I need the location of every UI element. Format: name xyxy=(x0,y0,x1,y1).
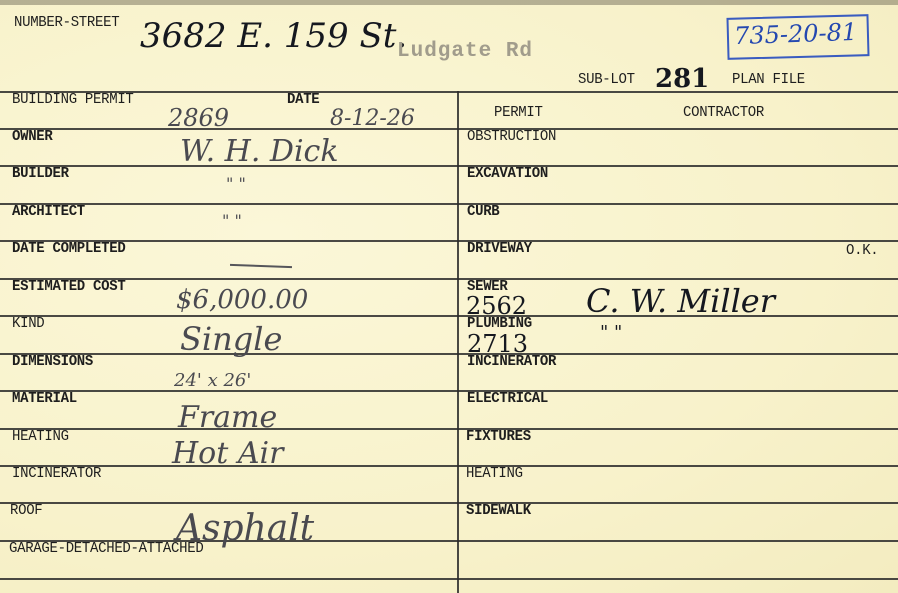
rule xyxy=(0,390,898,392)
heating-value: Hot Air xyxy=(172,436,283,471)
estimated-cost-label: ESTIMATED COST xyxy=(12,279,125,296)
builder-value: " " xyxy=(226,174,246,193)
builder-label: BUILDER xyxy=(12,166,69,183)
garage-label: GARAGE-DETACHED-ATTACHED xyxy=(9,541,203,558)
contractor-header: CONTRACTOR xyxy=(683,105,764,122)
electrical-label: ELECTRICAL xyxy=(467,391,548,408)
sidewalk-label: SIDEWALK xyxy=(466,503,531,520)
plan-file-label: PLAN FILE xyxy=(732,72,805,89)
owner-label: OWNER xyxy=(12,129,53,146)
rule xyxy=(0,165,898,167)
date-completed-label: DATE COMPLETED xyxy=(12,241,125,258)
sewer-contractor: C. W. Miller xyxy=(586,282,775,320)
plumbing-contractor: " " xyxy=(600,322,622,343)
sub-lot-label: SUB-LOT xyxy=(578,72,635,89)
rule xyxy=(0,428,898,430)
number-street-value: 3682 E. 159 St. xyxy=(140,16,407,56)
driveway-note: O.K. xyxy=(846,243,878,260)
card-top-edge xyxy=(0,0,898,5)
material-label: MATERIAL xyxy=(12,391,77,408)
sub-lot-value: 281 xyxy=(655,64,709,94)
rule xyxy=(0,278,898,280)
excavation-label: EXCAVATION xyxy=(467,166,548,183)
rule xyxy=(0,240,898,242)
rule xyxy=(0,465,898,467)
dimensions-label: DIMENSIONS xyxy=(12,354,93,371)
number-street-label: NUMBER-STREET xyxy=(14,15,119,32)
file-number: 735-20-81 xyxy=(734,18,858,50)
typed-street-overlay: Ludgate Rd xyxy=(397,40,533,63)
fixtures-label: FIXTURES xyxy=(466,429,531,446)
material-value: Frame xyxy=(178,400,277,435)
rule xyxy=(0,203,898,205)
incinerator-permit-label: INCINERATOR xyxy=(467,354,556,371)
estimated-cost-value: $6,000.00 xyxy=(176,285,308,315)
incinerator-label: INCINERATOR xyxy=(12,466,101,483)
kind-label: KIND xyxy=(12,316,44,333)
rule xyxy=(0,502,898,504)
rule xyxy=(0,353,898,355)
rule-header xyxy=(0,91,898,93)
owner-value: W. H. Dick xyxy=(180,134,339,169)
date-value: 8-12-26 xyxy=(330,106,415,131)
obstruction-label: OBSTRUCTION xyxy=(467,129,556,146)
roof-label: ROOF xyxy=(10,503,42,520)
permit-header: PERMIT xyxy=(494,105,543,122)
heating-permit-label: HEATING xyxy=(466,466,523,483)
date-label: DATE xyxy=(287,92,319,109)
architect-value: " " xyxy=(222,211,242,230)
rule xyxy=(0,128,898,130)
kind-value: Single xyxy=(180,320,282,358)
driveway-label: DRIVEWAY xyxy=(467,241,532,258)
dimensions-value: 24' x 26' xyxy=(174,370,251,391)
permit-card: NUMBER-STREET 3682 E. 159 St. Ludgate Rd… xyxy=(0,0,898,593)
building-permit-value: 2869 xyxy=(168,104,229,132)
building-permit-label: BUILDING PERMIT xyxy=(12,92,134,109)
curb-label: CURB xyxy=(467,204,499,221)
date-completed-dash xyxy=(230,264,292,268)
rule xyxy=(0,578,898,580)
architect-label: ARCHITECT xyxy=(12,204,85,221)
heating-label: HEATING xyxy=(12,429,69,446)
